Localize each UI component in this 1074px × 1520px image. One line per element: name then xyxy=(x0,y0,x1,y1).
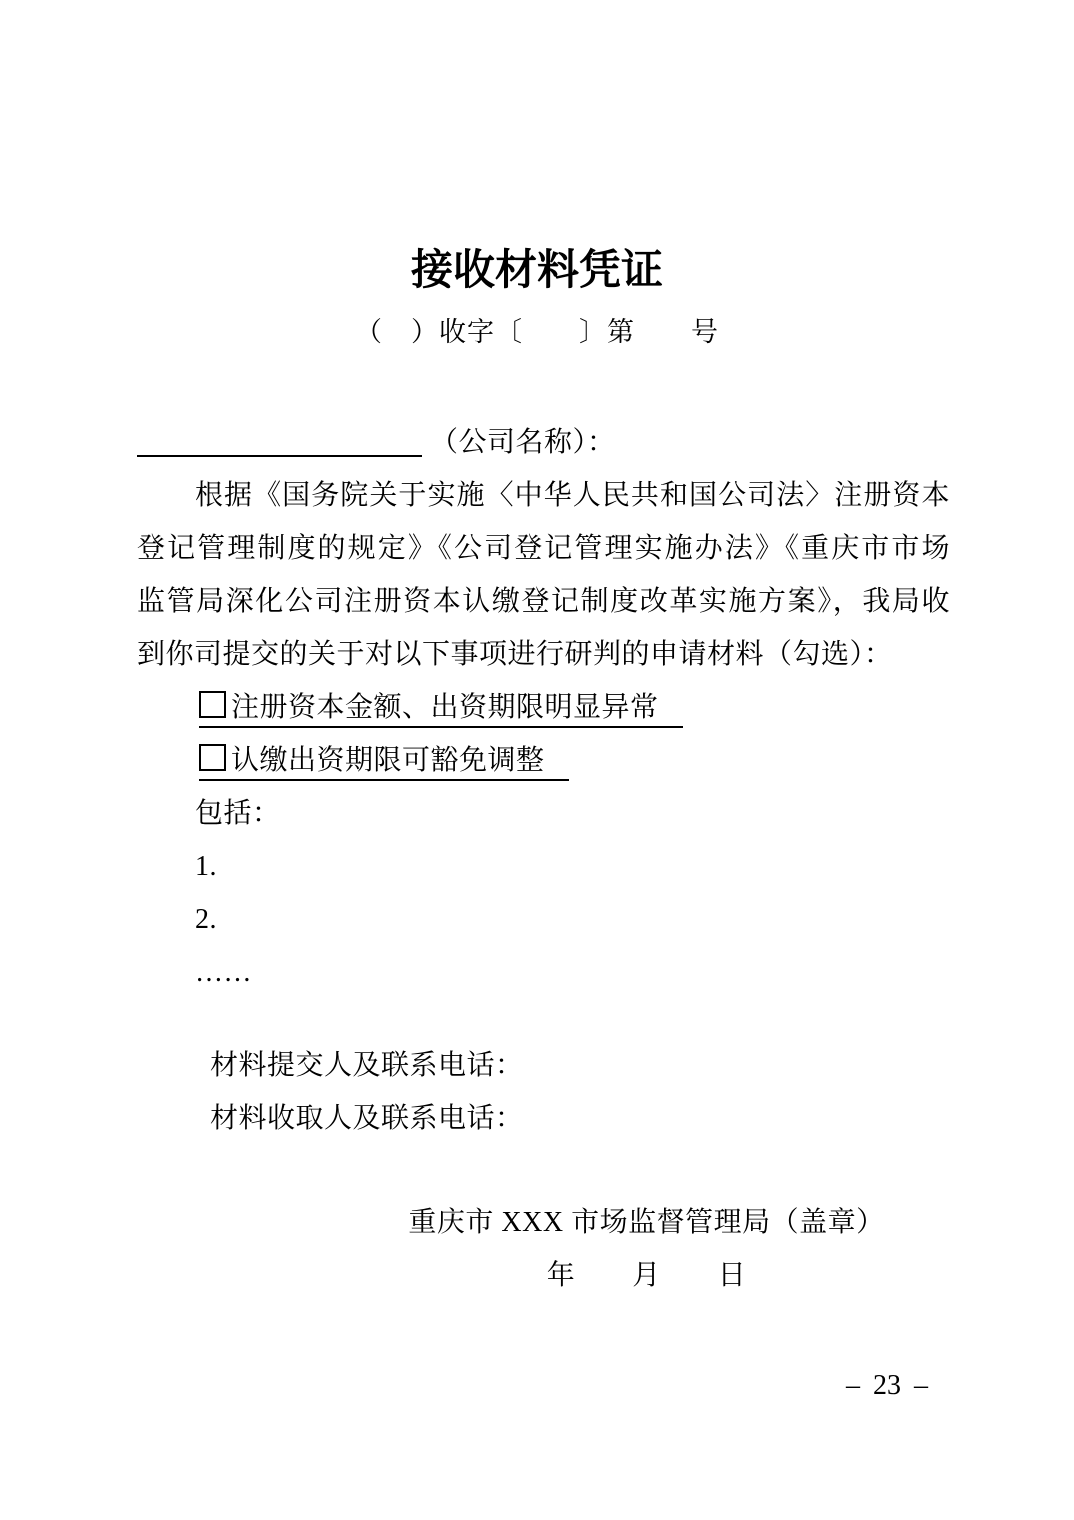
company-name-label: （公司名称）： xyxy=(430,427,616,458)
document-body: （公司名称）： 根据《国务院关于实施〈中华人民共和国公司法〉注册资本 登记管理制… xyxy=(137,416,950,1302)
document-title: 接收材料凭证 xyxy=(0,247,1074,295)
company-name-line: （公司名称）： xyxy=(137,416,950,469)
page-number: – 23 – xyxy=(846,1370,928,1402)
checklist-item-underline: 注册资本金额、出资期限明显异常 xyxy=(199,692,683,728)
checklist-item-underline: 认缴出资期限可豁免调整 xyxy=(199,745,569,781)
signoff-block: 重庆市 XXX 市场监督管理局（盖章） 年 月 日 xyxy=(343,1196,950,1302)
paragraph-line-4: 到你司提交的关于对以下事项进行研判的申请材料（勾选）： xyxy=(137,628,950,681)
material-receiver-label: 材料收取人及联系电话： xyxy=(210,1092,950,1145)
checklist-item-abnormal-capital: 注册资本金额、出资期限明显异常 xyxy=(199,681,950,734)
date-line: 年 月 日 xyxy=(343,1249,950,1302)
checklist-item-label: 认缴出资期限可豁免调整 xyxy=(231,745,545,776)
paragraph-line-3: 监管局深化公司注册资本认缴登记制度改革实施方案》，我局收 xyxy=(137,575,950,628)
company-name-blank-underline xyxy=(137,427,422,457)
includes-item-2: 2. xyxy=(195,893,950,946)
material-submitter-label: 材料提交人及联系电话： xyxy=(210,1039,950,1092)
checklist-item-label: 注册资本金额、出资期限明显异常 xyxy=(231,692,659,723)
paragraph-line-1: 根据《国务院关于实施〈中华人民共和国公司法〉注册资本 xyxy=(137,469,950,522)
checkbox-icon xyxy=(199,744,226,771)
blank-spacer xyxy=(137,1145,950,1196)
includes-label: 包括： xyxy=(195,787,950,840)
paragraph-line-2: 登记管理制度的规定》《公司登记管理实施办法》《重庆市市场 xyxy=(137,522,950,575)
document-number-line: （ ）收字〔 〕第 号 xyxy=(0,314,1074,350)
blank-spacer xyxy=(137,999,950,1039)
document-page: 接收材料凭证 （ ）收字〔 〕第 号 （公司名称）： 根据《国务院关于实施〈中华… xyxy=(0,0,1074,1520)
includes-item-1: 1. xyxy=(195,840,950,893)
issuing-authority-seal-line: 重庆市 XXX 市场监督管理局（盖章） xyxy=(343,1196,950,1249)
includes-item-ellipsis: …… xyxy=(195,946,950,999)
checkbox-icon xyxy=(199,691,226,718)
checklist-item-exempt-adjustment: 认缴出资期限可豁免调整 xyxy=(199,734,950,787)
